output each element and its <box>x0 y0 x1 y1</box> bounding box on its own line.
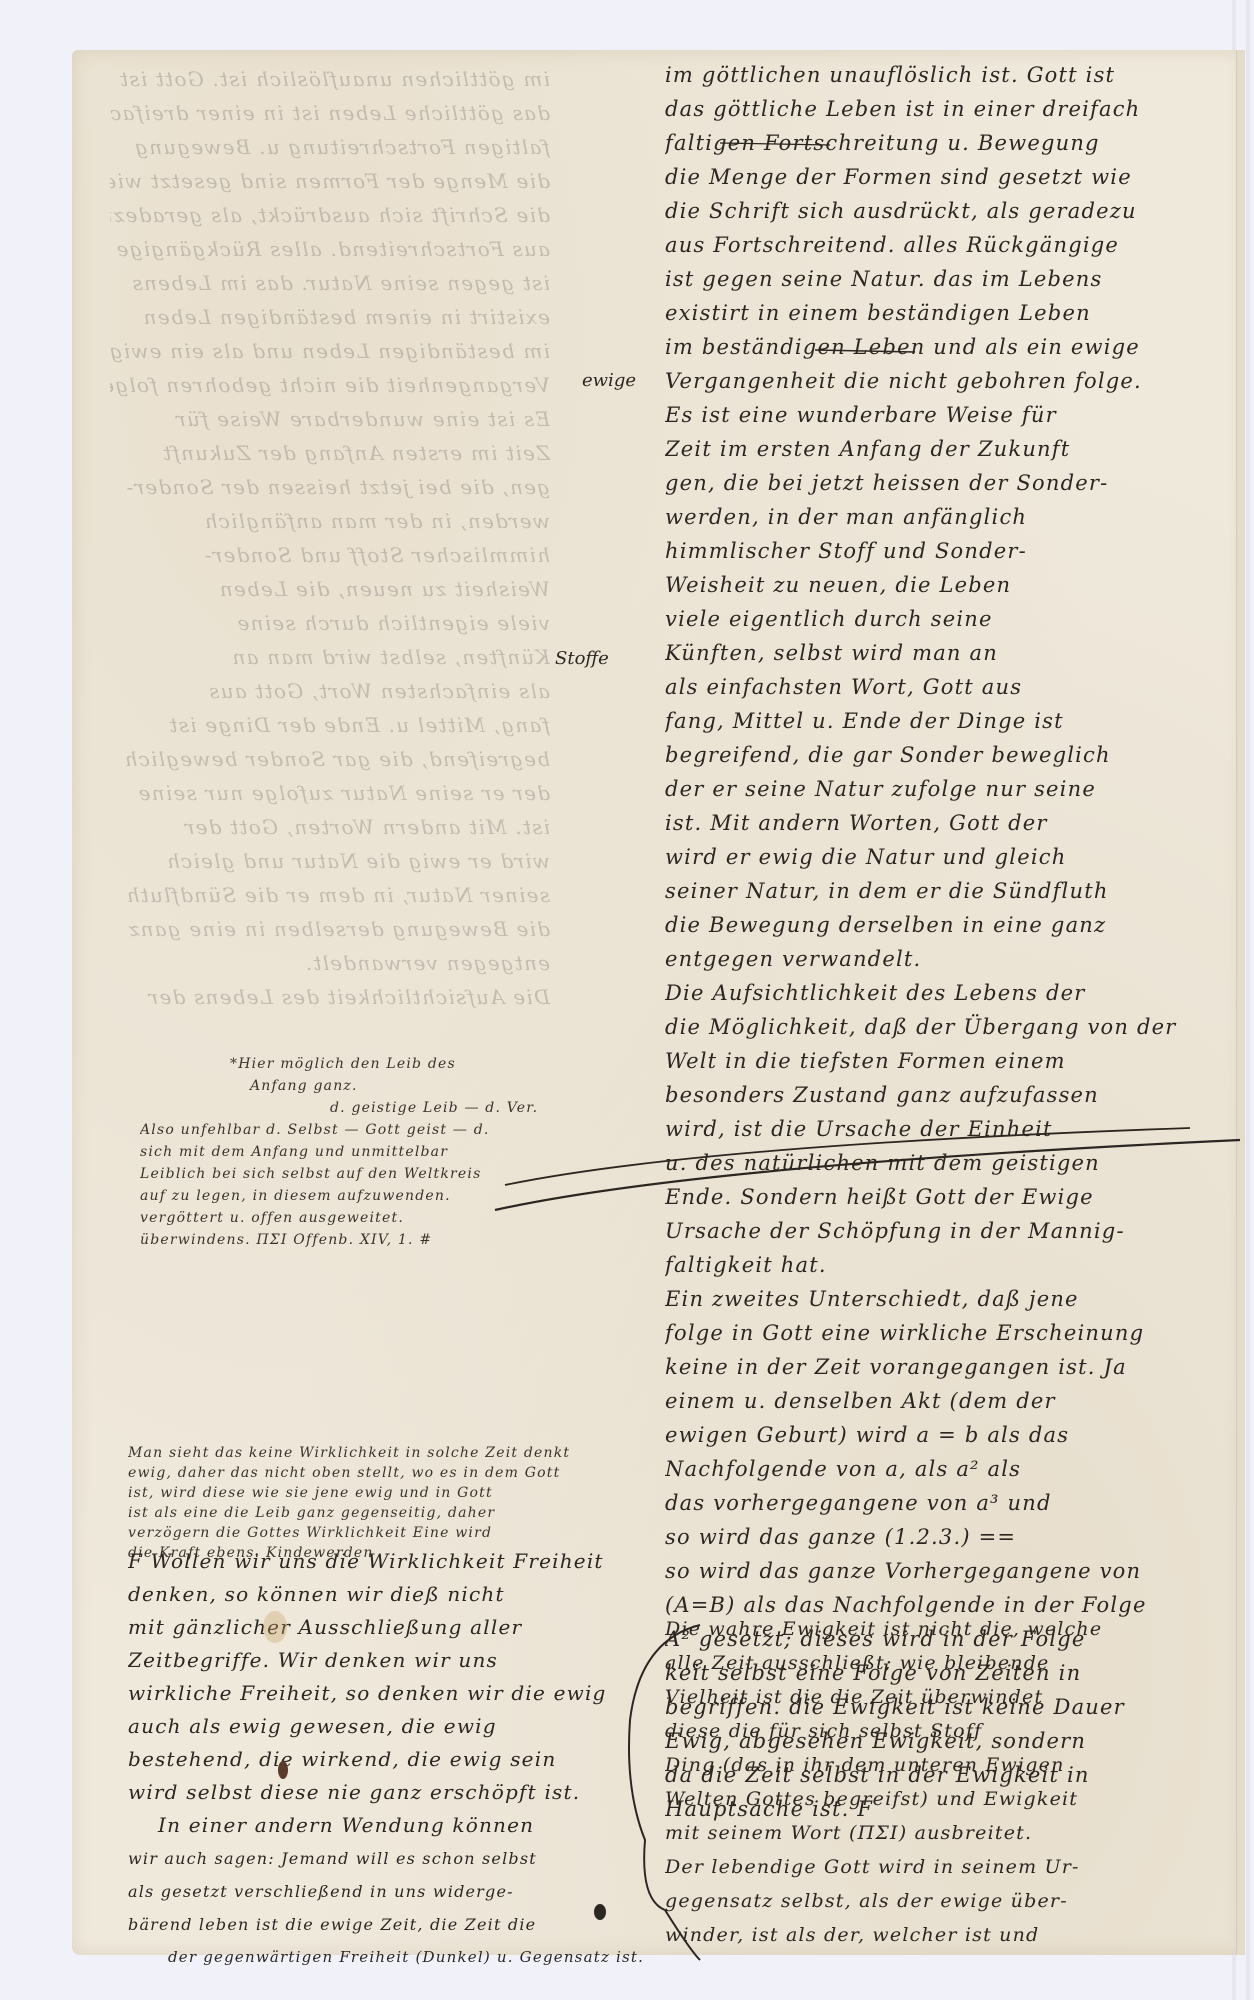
connector-line-icon <box>505 1128 1190 1185</box>
stain-icon <box>263 1611 287 1643</box>
underline-icon <box>720 143 830 145</box>
ink-blot-icon <box>278 1761 288 1779</box>
ink-blot-icon <box>594 1904 606 1920</box>
strikethrough-icon <box>815 350 915 352</box>
ink-strokes <box>0 0 1254 2000</box>
bracket-curve-icon <box>629 1625 700 1960</box>
connector-line-icon <box>495 1140 1240 1210</box>
